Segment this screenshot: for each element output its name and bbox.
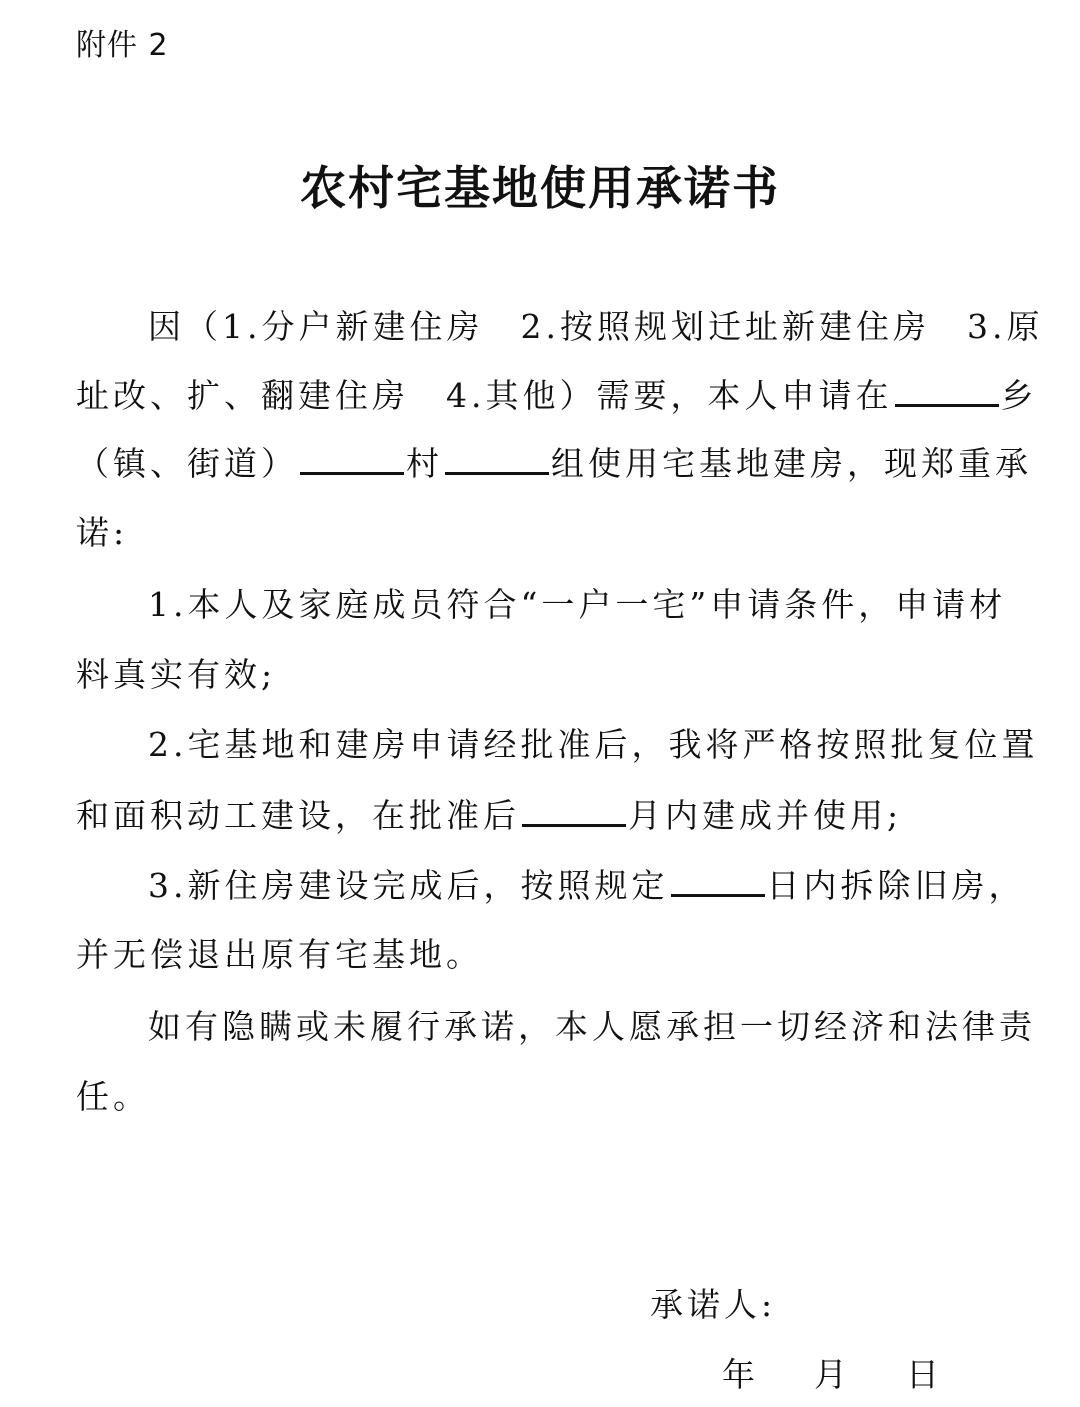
commitment-item-2-line-2: 和面积动工建设，在批准后月内建成并使用;: [76, 792, 1006, 839]
months-suffix: 月内建成并使用;: [628, 796, 902, 835]
group-text: 组使用宅基地建房，现郑重承: [551, 444, 1032, 483]
commitment-item-3-line-2: 并无偿退出原有宅基地。: [76, 932, 1006, 978]
commitment-item-3-line-1: 3.新住房建设完成后，按照规定日内拆除旧房，: [148, 862, 1006, 909]
township-suffix: 乡: [1001, 376, 1038, 415]
date-day-label: 日: [906, 1352, 943, 1398]
days-suffix: 日内拆除旧房，: [767, 866, 1026, 905]
paragraph-reason-line-4: 诺:: [76, 510, 1006, 556]
paragraph-reason-line-3: （镇、街道）村组使用宅基地建房，现郑重承: [76, 440, 1006, 487]
promisor-signature-label: 承诺人:: [650, 1282, 776, 1328]
reason-text: 址改、扩、翻建住房 4.其他）需要，本人申请在: [76, 376, 893, 415]
commitment-item-2-line-1: 2.宅基地和建房申请经批准后，我将严格按照批复位置: [148, 722, 1006, 768]
document-page: 附件 2 农村宅基地使用承诺书 因（1.分户新建住房 2.按照规划迁址新建住房 …: [0, 0, 1080, 1407]
months-blank-field[interactable]: [522, 792, 626, 827]
commitment-item-1-line-2: 料真实有效;: [76, 652, 1006, 698]
village-label: 村: [406, 444, 443, 483]
paragraph-reason-line-1: 因（1.分户新建住房 2.按照规划迁址新建住房 3.原: [148, 304, 1006, 350]
demolition-text: 3.新住房建设完成后，按照规定: [148, 866, 669, 905]
days-blank-field[interactable]: [671, 862, 765, 897]
town-street-label: （镇、街道）: [76, 444, 298, 483]
page-title: 农村宅基地使用承诺书: [0, 158, 1080, 218]
construction-text: 和面积动工建设，在批准后: [76, 796, 520, 835]
township-blank-field[interactable]: [895, 372, 999, 407]
group-blank-field[interactable]: [445, 440, 549, 475]
attachment-label: 附件 2: [76, 24, 169, 68]
closing-line-1: 如有隐瞒或未履行承诺，本人愿承担一切经济和法律责: [148, 1004, 1006, 1050]
paragraph-reason-line-2: 址改、扩、翻建住房 4.其他）需要，本人申请在乡: [76, 372, 1006, 419]
village-blank-field[interactable]: [300, 440, 404, 475]
commitment-item-1-line-1: 1.本人及家庭成员符合“一户一宅”申请条件，申请材: [148, 582, 1006, 628]
closing-line-2: 任。: [76, 1074, 1006, 1120]
date-year-label: 年: [722, 1352, 759, 1398]
date-month-label: 月: [814, 1352, 851, 1398]
